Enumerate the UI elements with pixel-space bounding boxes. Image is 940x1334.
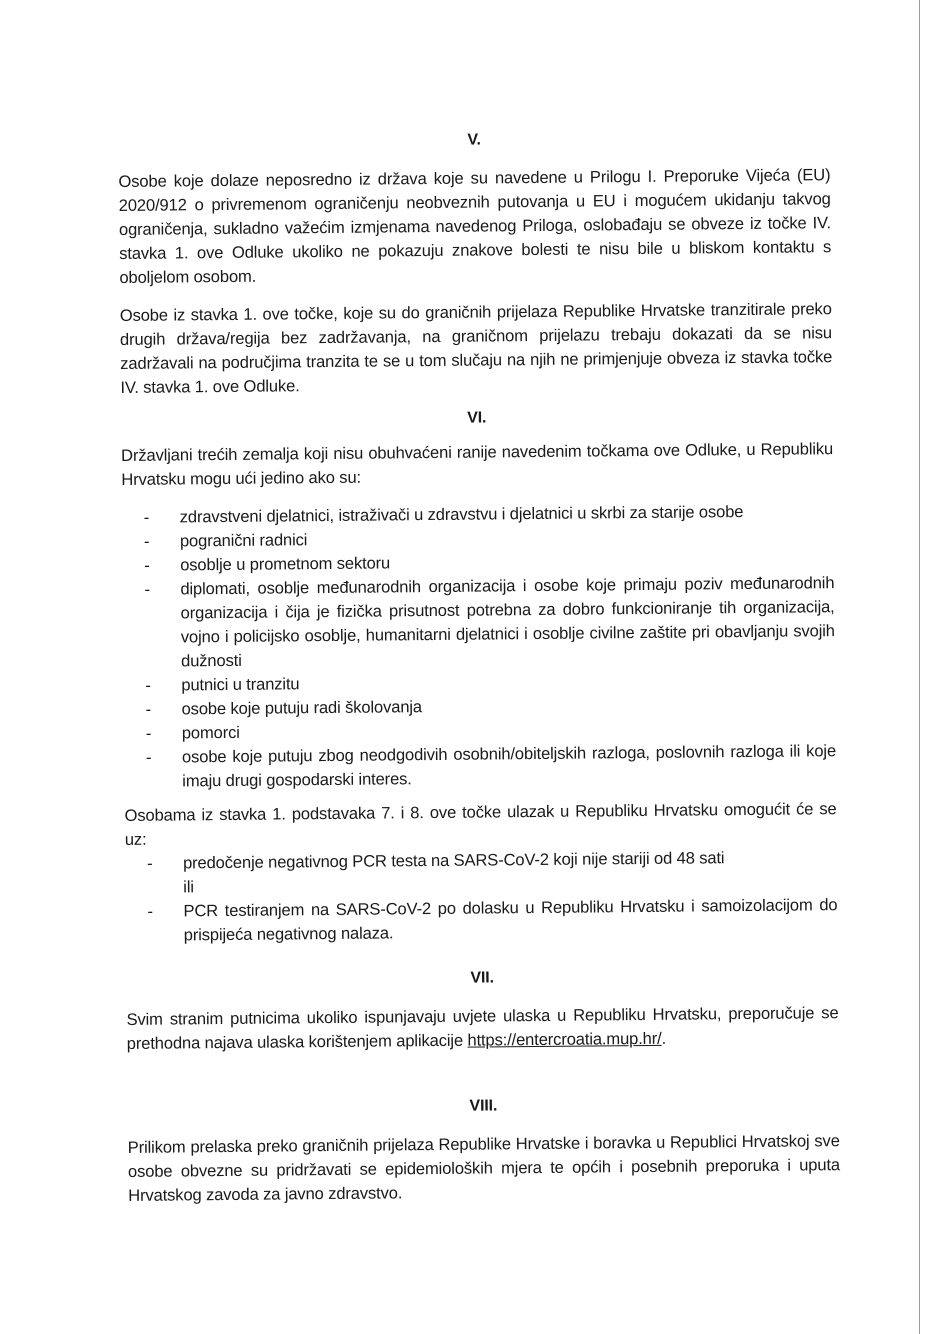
- section-v: V. Osobe koje dolaze neposredno iz držav…: [118, 125, 833, 400]
- section-viii: VIII. Prilikom prelaska preko graničnih …: [127, 1091, 840, 1208]
- paragraph: Osobe koje dolaze neposredno iz država k…: [118, 163, 831, 290]
- dash-bullet-icon: -: [144, 506, 150, 530]
- dash-bullet-icon: -: [144, 530, 150, 554]
- eligible-persons-list: -zdravstveni djelatnici, istraživači u z…: [122, 499, 837, 794]
- dash-bullet-icon: -: [147, 900, 153, 924]
- section-vi: VI. Državljani trećih zemalja koji nisu …: [121, 403, 838, 948]
- document-page: V. Osobe koje dolaze neposredno iz držav…: [118, 125, 840, 1208]
- scan-edge-line: [919, 0, 920, 1334]
- paragraph: Državljani trećih zemalja koji nisu obuh…: [121, 437, 833, 492]
- paragraph: Prilikom prelaska preko graničnih prijel…: [128, 1129, 841, 1208]
- dash-bullet-icon: -: [145, 674, 151, 698]
- entry-conditions-list: -predočenje negativnog PCR testa na SARS…: [125, 845, 838, 948]
- dash-bullet-icon: -: [146, 722, 152, 746]
- conditions-separator: ili: [183, 877, 194, 896]
- dash-bullet-icon: -: [145, 698, 151, 722]
- dash-bullet-icon: -: [146, 746, 152, 770]
- list-item: -PCR testiranjem na SARS-CoV-2 po dolask…: [125, 893, 837, 948]
- list-item: -predočenje negativnog PCR testa na SARS…: [125, 845, 837, 900]
- entercroatia-link[interactable]: https://entercroatia.mup.hr/: [467, 1029, 661, 1050]
- dash-bullet-icon: -: [144, 554, 150, 578]
- list-item: -diplomati, osoblje međunarodnih organiz…: [122, 571, 835, 674]
- section-vii: VII. Svim stranim putnicima ukoliko ispu…: [126, 963, 839, 1056]
- paragraph: Osobama iz stavka 1. podstavaka 7. i 8. …: [124, 797, 836, 852]
- paragraph: Svim stranim putnicima ukoliko ispunjava…: [126, 1001, 838, 1056]
- paragraph: Osobe iz stavka 1. ove točke, koje su do…: [120, 297, 833, 400]
- dash-bullet-icon: -: [144, 578, 150, 602]
- dash-bullet-icon: -: [147, 852, 153, 876]
- list-item: -osobe koje putuju zbog neodgodivih osob…: [124, 739, 836, 794]
